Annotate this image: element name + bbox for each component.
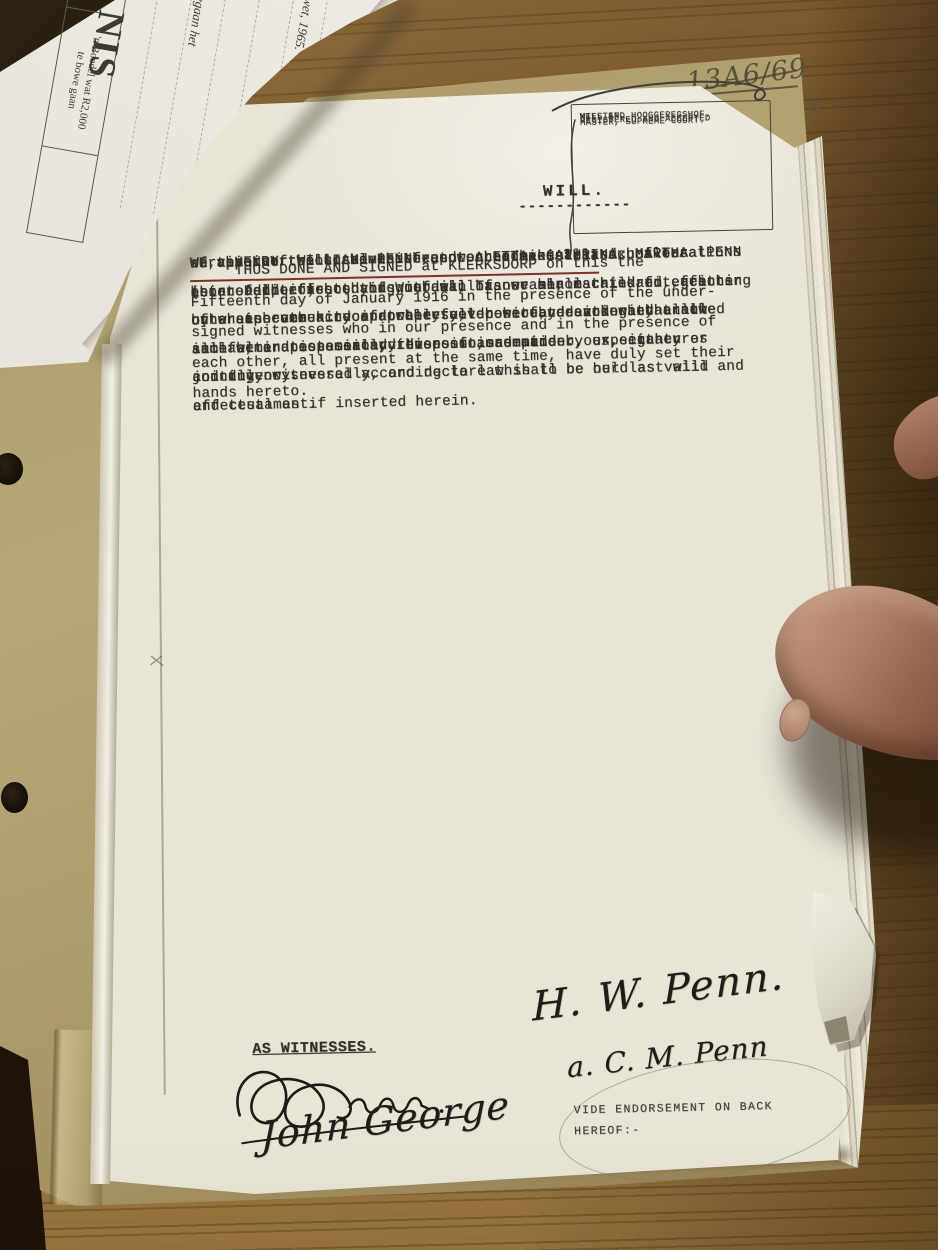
signature-testator-1: H. W. Penn. [532, 952, 786, 1030]
punch-hole [1, 782, 28, 813]
empty-cell [26, 146, 98, 243]
will-body: WE, HENRY WILLIAM PENN and ALETTA CATHRI… [190, 238, 790, 251]
torn-paper-scrap [810, 888, 888, 1058]
archive-photo: 13A6/69 9 3 WILL AND TESTAMENT EN ......… [0, 0, 938, 1250]
paragraph-execution: THUS DONE AND SIGNED at KLERKSDORP on th… [190, 246, 736, 410]
pen-flourish [548, 72, 779, 117]
margin-check-mark [148, 653, 166, 669]
registration-stamp: WILL AND TESTAMENT EN ..................… [571, 100, 774, 234]
pencil-margin-line [156, 195, 166, 1095]
title-underline-dashes: ------------ [495, 196, 655, 215]
